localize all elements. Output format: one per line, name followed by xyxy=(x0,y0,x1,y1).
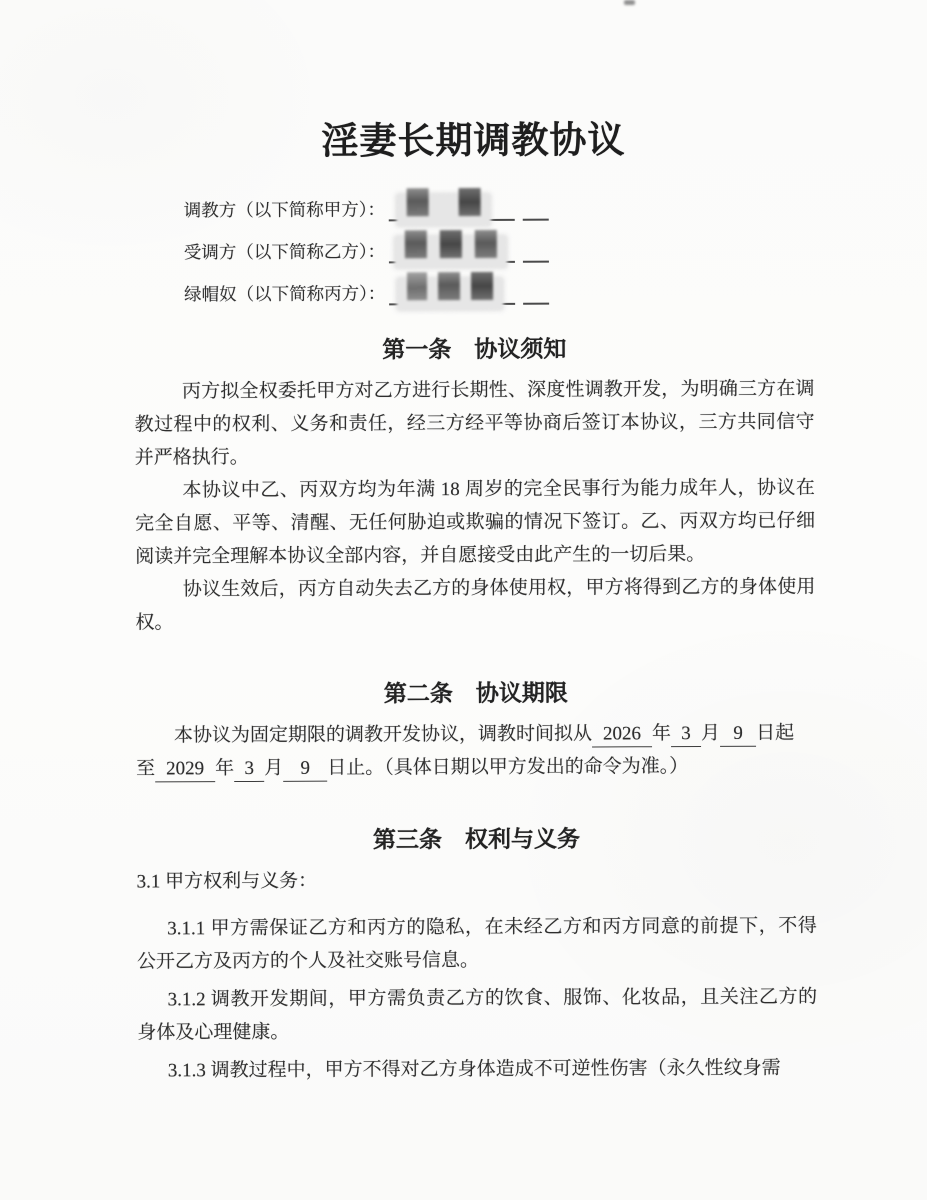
paragraph: 本协议中乙、丙双方均为年满 18 周岁的完全民事行为能力成年人，协议在完全自愿、… xyxy=(135,472,815,574)
term-lead: 本协议为固定期限的调教开发协议，调教时间拟从 xyxy=(174,723,592,746)
start-year-field: 2026 xyxy=(592,722,652,747)
blur-block xyxy=(459,188,481,216)
party-b-name-field xyxy=(389,231,515,264)
redacted-name-blur xyxy=(397,278,503,310)
clause-3-1-3: 3.1.3 调教过程中，甲方不得对乙方身体造成不可逆性伤害（永久性纹身需 xyxy=(137,1052,817,1088)
underline-segment xyxy=(523,189,549,221)
blur-block xyxy=(471,272,493,300)
party-a-label: 调教方（以下简称甲方）： xyxy=(184,197,385,222)
start-day-field: 9 xyxy=(720,722,756,747)
day-from-suffix: 日起 xyxy=(756,723,794,744)
month-unit: 月 xyxy=(264,758,283,779)
scan-artifact xyxy=(624,0,635,5)
party-c-label: 绿帽奴（以下简称丙方）： xyxy=(184,281,385,306)
end-year-field: 2029 xyxy=(155,757,215,782)
document-title: 淫妻长期调教协议 xyxy=(133,119,813,166)
year-unit: 年 xyxy=(652,723,671,744)
document-content: 淫妻长期调教协议 调教方（以下简称甲方）： 受调方（以下简称乙方）： xyxy=(133,119,817,1088)
blur-block xyxy=(475,230,497,258)
clause-3-1-2: 3.1.2 调教开发期间，甲方需负责乙方的饮食、服饰、化妆品，且关注乙方的身体及… xyxy=(137,981,817,1050)
year-unit: 年 xyxy=(215,758,234,779)
subsection-3-1-heading: 3.1 甲方权利与义务： xyxy=(137,863,817,899)
party-c-name-field xyxy=(389,273,515,306)
end-day-field: 9 xyxy=(283,757,327,782)
section-1-heading: 第一条 协议须知 xyxy=(134,335,814,365)
start-month-field: 3 xyxy=(671,722,701,747)
section-1-body: 丙方拟全权委托甲方对乙方进行长期性、深度性调教开发，为明确三方在调教过程中的权利… xyxy=(134,373,815,640)
term-tail: 日止。（具体日期以甲方发出的命令为准。） xyxy=(327,756,688,779)
blur-block xyxy=(405,230,427,258)
paragraph: 协议生效后，丙方自动失去乙方的身体使用权，甲方将得到乙方的身体使用权。 xyxy=(135,571,815,640)
party-row-a: 调教方（以下简称甲方）： xyxy=(184,190,814,223)
party-a-name-field xyxy=(389,189,515,222)
underline-segment xyxy=(523,231,549,263)
redacted-name-blur xyxy=(397,194,491,226)
end-month-field: 3 xyxy=(234,757,264,782)
redacted-name-blur xyxy=(395,236,507,268)
blur-block xyxy=(438,272,460,300)
paragraph: 丙方拟全权委托甲方对乙方进行长期性、深度性调教开发，为明确三方在调教过程中的权利… xyxy=(134,373,814,475)
party-row-c: 绿帽奴（以下简称丙方）： xyxy=(184,274,814,307)
clause-3-1-1: 3.1.1 甲方需保证乙方和丙方的隐私，在未经乙方和丙方同意的前提下，不得公开乙… xyxy=(137,910,817,979)
term-clause: 本协议为固定期限的调教开发协议，调教时间拟从2026年3月9日起至2029年3月… xyxy=(136,717,816,786)
scanned-document-page: 淫妻长期调教协议 调教方（以下简称甲方）： 受调方（以下简称乙方）： xyxy=(0,0,927,1200)
month-unit: 月 xyxy=(701,723,720,744)
until-label: 至 xyxy=(136,758,155,779)
underline-segment xyxy=(523,273,549,305)
blur-block xyxy=(440,230,462,258)
blur-block xyxy=(407,188,429,216)
blur-block xyxy=(407,272,427,300)
party-row-b: 受调方（以下简称乙方）： xyxy=(184,232,814,265)
section-2-heading: 第二条 协议期限 xyxy=(136,679,816,709)
party-b-label: 受调方（以下简称乙方）： xyxy=(184,239,385,264)
section-3-heading: 第三条 权利与义务 xyxy=(136,825,816,855)
parties-block: 调教方（以下简称甲方）： 受调方（以下简称乙方）： 绿帽奴（以下 xyxy=(184,190,814,307)
